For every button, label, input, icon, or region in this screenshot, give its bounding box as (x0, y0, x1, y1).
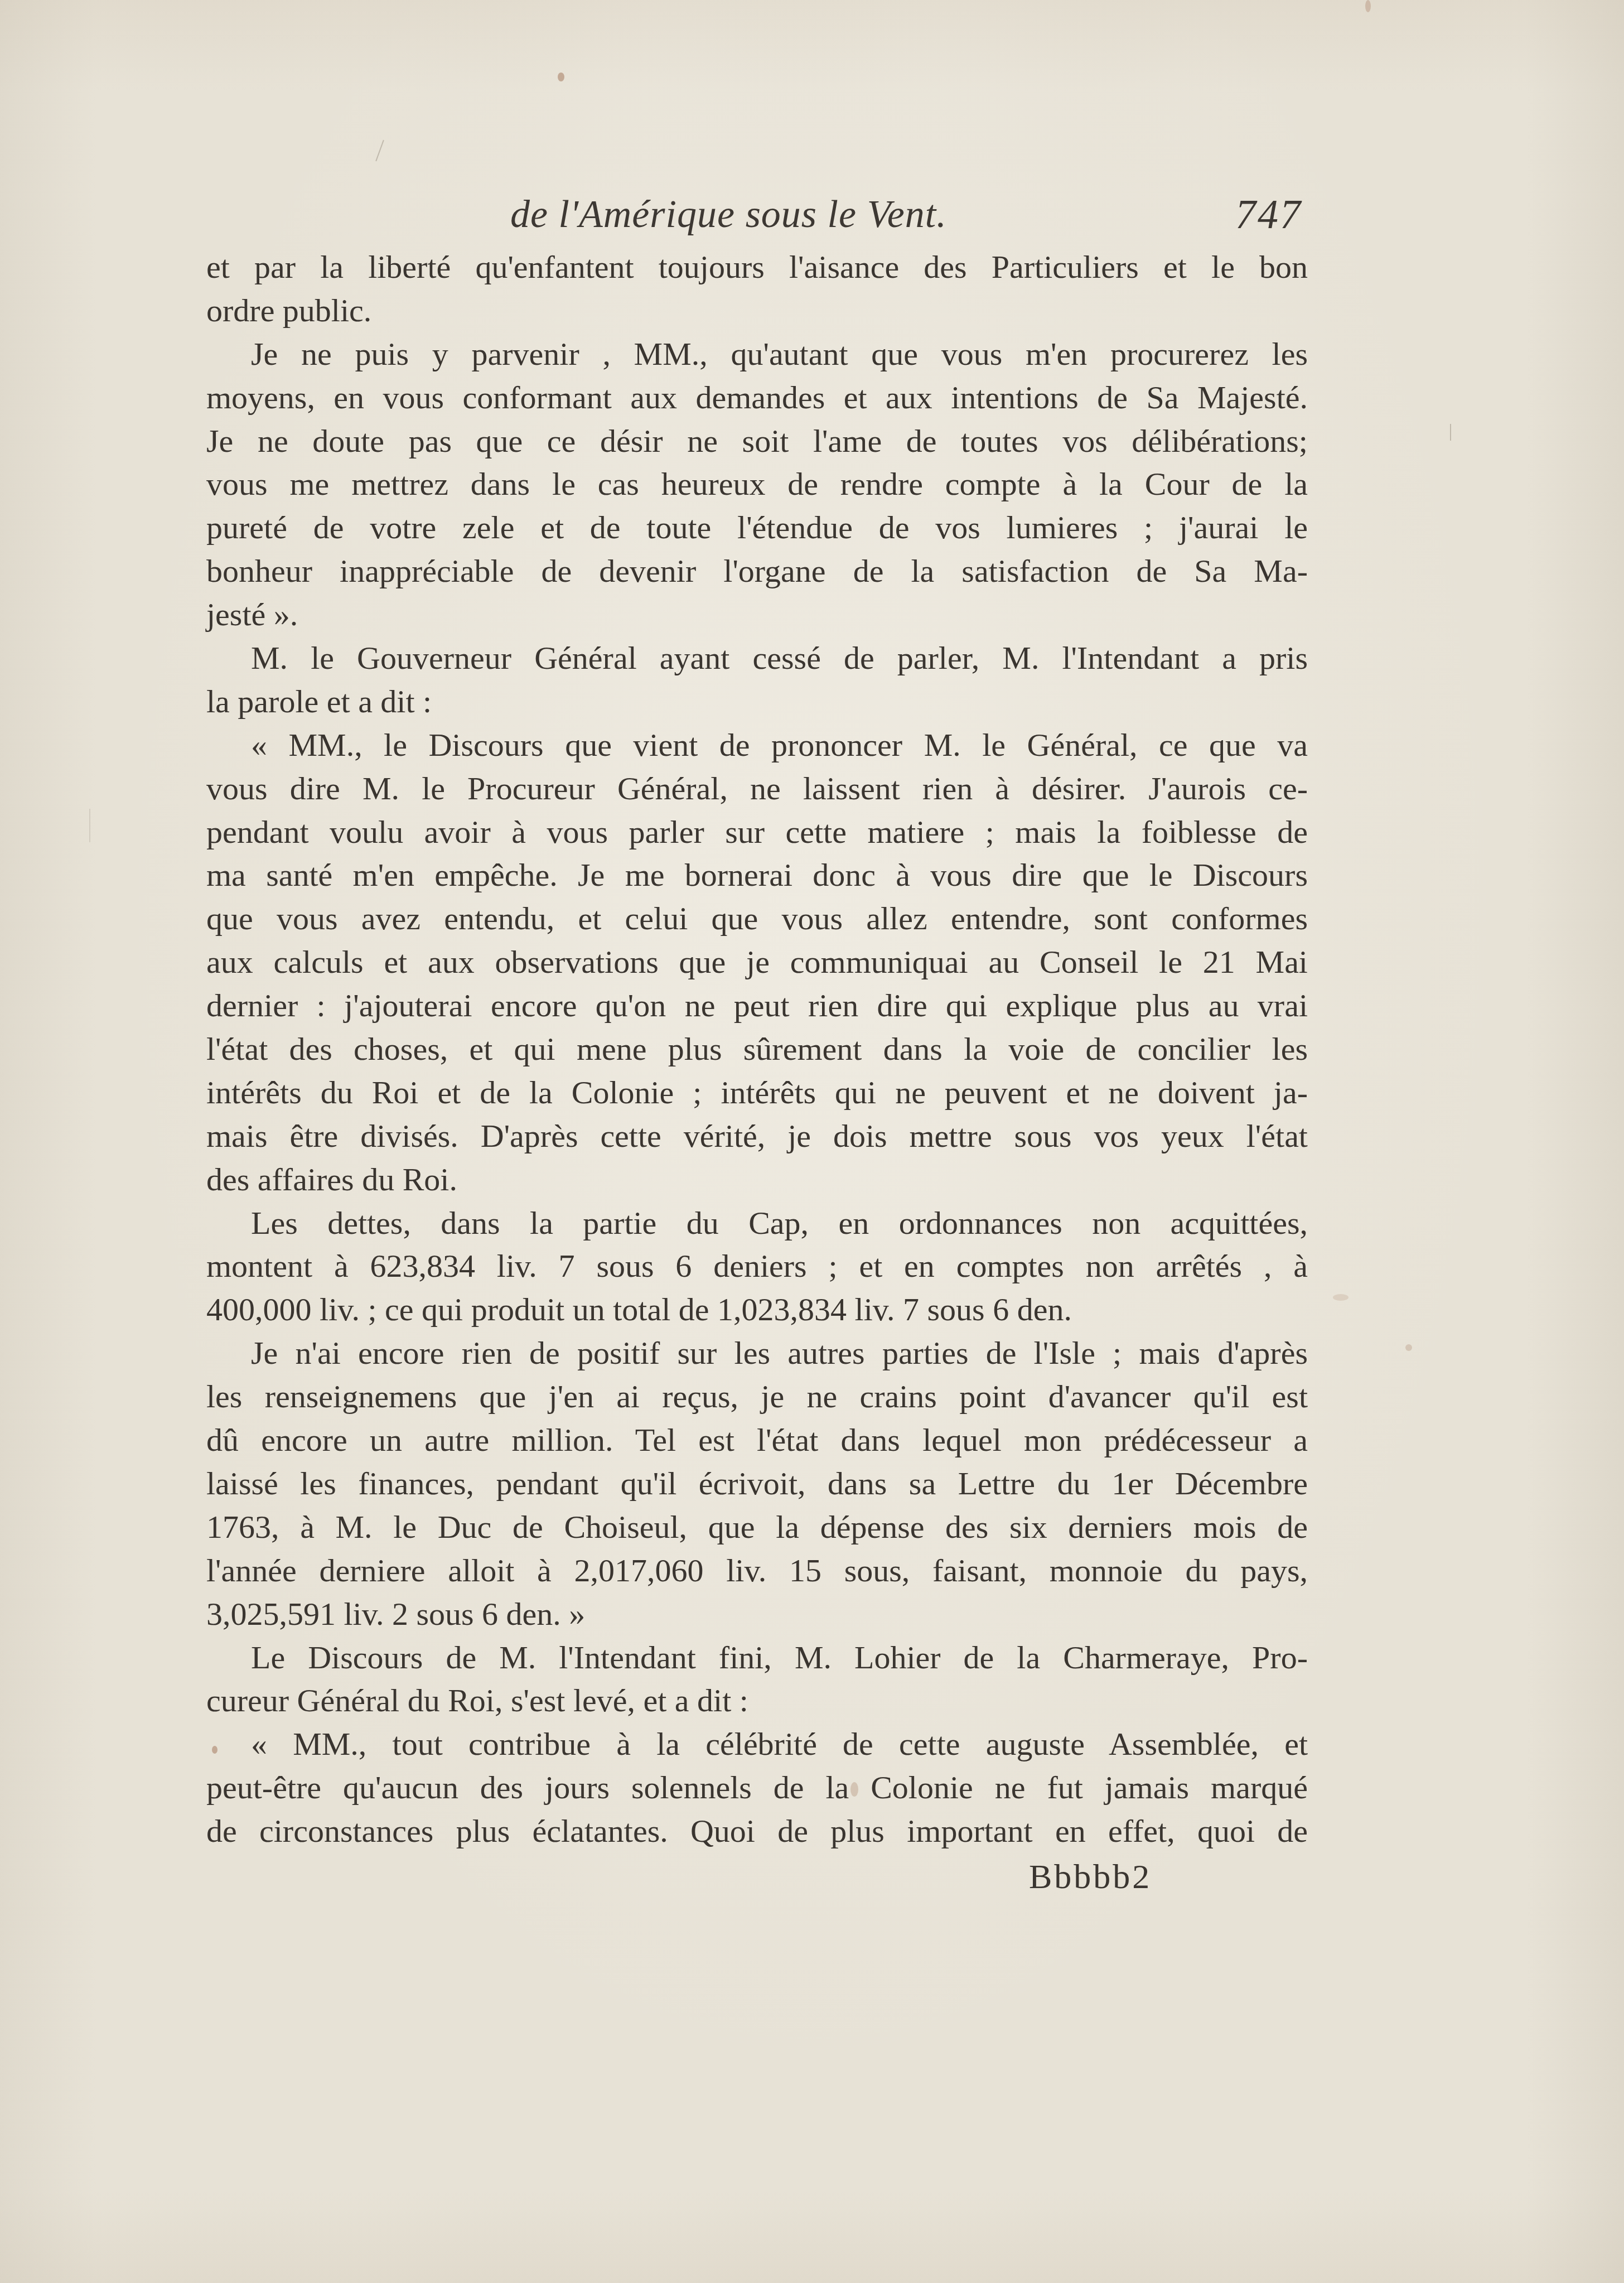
text-line: pendant voulu avoir à vous parler sur ce… (206, 810, 1308, 854)
running-head: de l'Amérique sous le Vent. 747 (206, 190, 1308, 240)
paper-fiber (1450, 424, 1451, 441)
text-line: bonheur inappréciable de devenir l'organ… (206, 549, 1308, 593)
text-line: de circonstances plus éclatantes. Quoi d… (206, 1809, 1308, 1853)
foxing-spot (1333, 1294, 1348, 1301)
text-line: moyens, en vous conformant aux demandes … (206, 376, 1308, 419)
text-line: et par la liberté qu'enfantent toujours … (206, 245, 1308, 289)
text-line: ordre public. (206, 289, 1308, 332)
text-line: M. le Gouverneur Général ayant cessé de … (206, 636, 1308, 680)
signature-mark: Bbbbb2 (1029, 1855, 1152, 1899)
text-line: aux calculs et aux observations que je c… (206, 940, 1308, 984)
text-line: vous dire M. le Procureur Général, ne la… (206, 767, 1308, 810)
text-line: « MM., le Discours que vient de prononce… (206, 723, 1308, 767)
text-line: « MM., tout contribue à la célébrité de … (206, 1722, 1308, 1766)
text-line: 1763, à M. le Duc de Choiseul, que la dé… (206, 1505, 1308, 1549)
text-line: les renseignemens que j'en ai reçus, je … (206, 1375, 1308, 1418)
text-line: Le Discours de M. l'Intendant fini, M. L… (206, 1636, 1308, 1679)
book-page: de l'Amérique sous le Vent. 747 et par l… (0, 0, 1624, 2283)
text-line: vous me mettrez dans le cas heureux de r… (206, 462, 1308, 506)
text-line: 3,025,591 liv. 2 sous 6 den. » (206, 1592, 1308, 1636)
text-line: Je n'ai encore rien de positif sur les a… (206, 1331, 1308, 1375)
text-line: dernier : j'ajouterai encore qu'on ne pe… (206, 984, 1308, 1027)
page-number: 747 (1235, 190, 1302, 240)
text-line: cureur Général du Roi, s'est levé, et a … (206, 1679, 1308, 1722)
text-line: Je ne puis y parvenir , MM., qu'autant q… (206, 332, 1308, 376)
foxing-spot (1405, 1344, 1412, 1351)
paper-fiber (89, 809, 90, 842)
text-line: l'année derniere alloit à 2,017,060 liv.… (206, 1549, 1308, 1592)
text-line: que vous avez entendu, et celui que vous… (206, 897, 1308, 940)
text-line: laissé les finances, pendant qu'il écriv… (206, 1462, 1308, 1505)
running-title: de l'Amérique sous le Vent. (510, 190, 947, 240)
text-line: 400,000 liv. ; ce qui produit un total d… (206, 1288, 1308, 1331)
body-text: et par la liberté qu'enfantent toujours … (206, 245, 1308, 1853)
text-line: la parole et a dit : (206, 680, 1308, 723)
text-line: des affaires du Roi. (206, 1158, 1308, 1201)
text-line: jesté ». (206, 593, 1308, 636)
text-line: Je ne doute pas que ce désir ne soit l'a… (206, 419, 1308, 463)
text-line: dû encore un autre million. Tel est l'ét… (206, 1418, 1308, 1462)
text-line: l'état des choses, et qui mene plus sûre… (206, 1027, 1308, 1071)
foxing-spot (558, 73, 564, 81)
foxing-spot (1365, 0, 1371, 12)
text-line: pureté de votre zele et de toute l'étend… (206, 506, 1308, 549)
paper-fiber (375, 140, 384, 161)
text-line: ma santé m'en empêche. Je me bornerai do… (206, 853, 1308, 897)
text-line: peut-être qu'aucun des jours solennels d… (206, 1766, 1308, 1809)
text-line: mais être divisés. D'après cette vérité,… (206, 1114, 1308, 1158)
text-line: intérêts du Roi et de la Colonie ; intér… (206, 1071, 1308, 1114)
text-line: Les dettes, dans la partie du Cap, en or… (206, 1201, 1308, 1245)
text-line: montent à 623,834 liv. 7 sous 6 deniers … (206, 1244, 1308, 1288)
